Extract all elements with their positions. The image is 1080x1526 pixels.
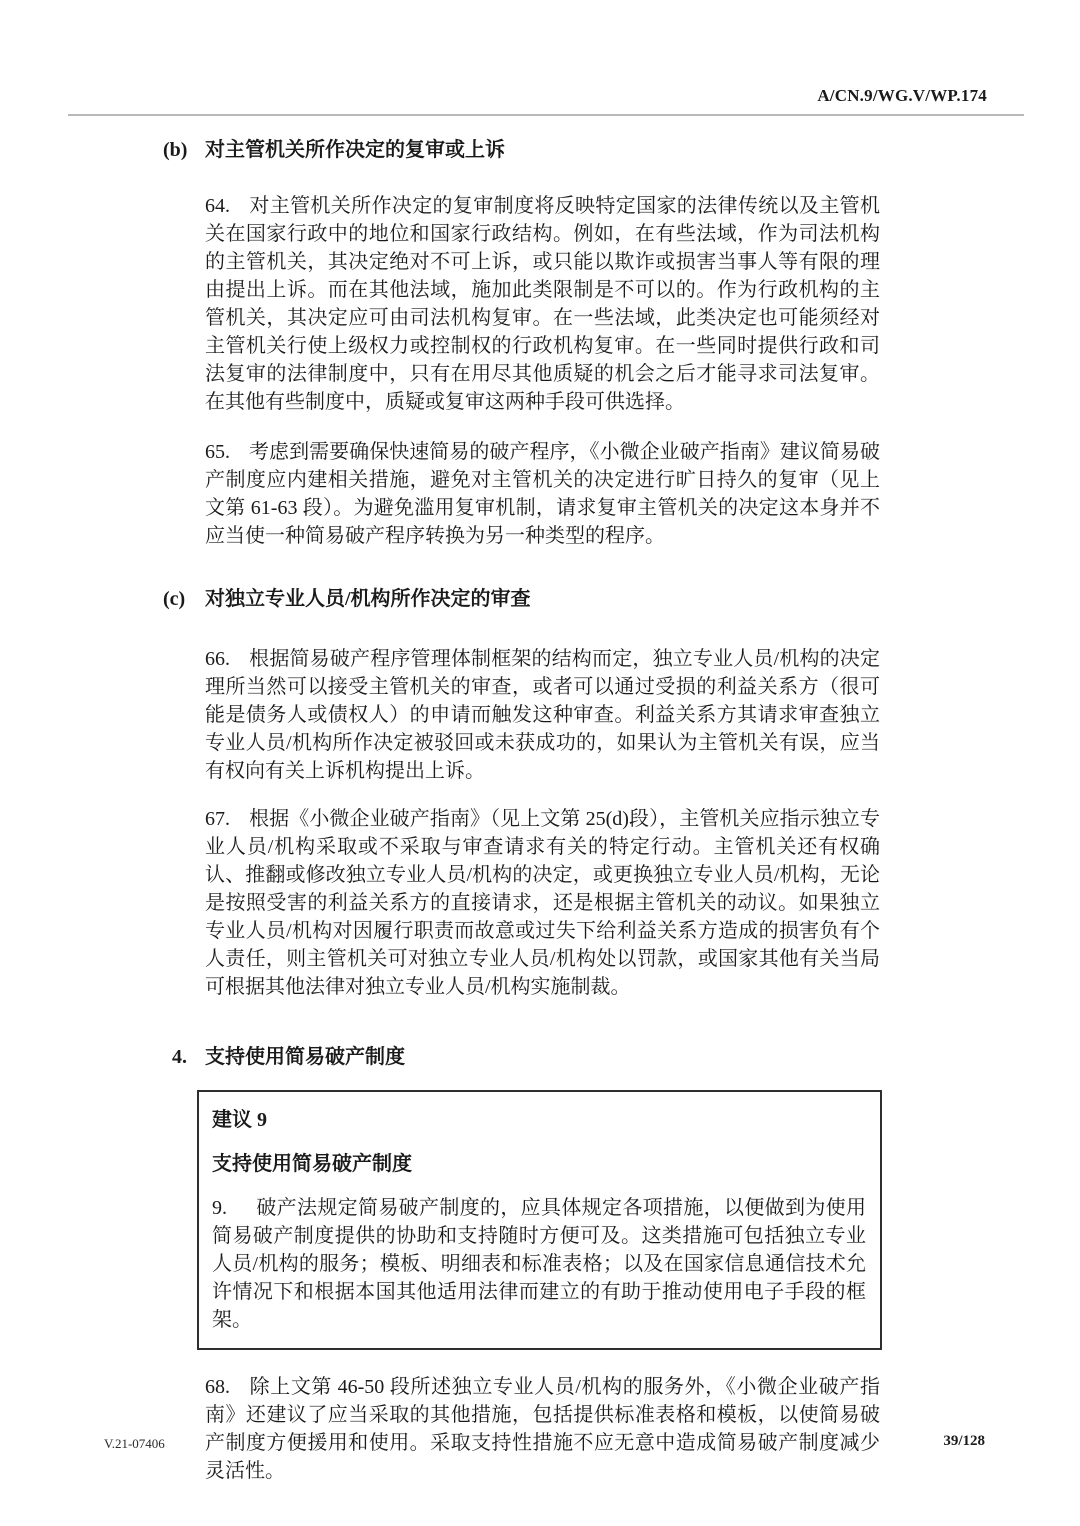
paragraph-65: 65.考虑到需要确保快速简易的破产程序，《小微企业破产指南》建议简易破产制度应内…	[205, 438, 880, 550]
footer-document-number: V.21-07406	[104, 1436, 165, 1452]
section-title: 支持使用简易破产制度	[205, 1046, 405, 1068]
paragraph-number: 65.	[205, 438, 249, 466]
paragraph-number: 64.	[205, 192, 249, 220]
section-title: 对独立专业人员/机构所作决定的审查	[205, 588, 531, 610]
footer-page-indicator: 39/128	[943, 1433, 985, 1450]
section-heading-4: 4.支持使用简易破产制度	[172, 1043, 1080, 1071]
section-label: 4.	[172, 1043, 205, 1071]
section-heading-c: (c)对独立专业人员/机构所作决定的审查	[163, 585, 1080, 613]
paragraph-number: 9.	[212, 1194, 256, 1222]
section-heading-b: (b)对主管机关所作决定的复审或上诉	[163, 136, 1080, 164]
paragraph-68: 68.除上文第 46-50 段所述独立专业人员/机构的服务外，《小微企业破产指南…	[205, 1373, 880, 1485]
section-label: (b)	[163, 136, 205, 164]
paragraph-number: 67.	[205, 805, 249, 833]
paragraph-text: 除上文第 46-50 段所述独立专业人员/机构的服务外，《小微企业破产指南》还建…	[205, 1376, 880, 1482]
recommendation-paragraph: 9.破产法规定简易破产制度的，应具体规定各项措施，以便做到为使用简易破产制度提供…	[212, 1194, 866, 1334]
paragraph-number: 68.	[205, 1373, 249, 1401]
recommendation-subheading: 支持使用简易破产制度	[212, 1150, 866, 1178]
paragraph-text: 考虑到需要确保快速简易的破产程序，《小微企业破产指南》建议简易破产制度应内建相关…	[205, 441, 880, 547]
section-title: 对主管机关所作决定的复审或上诉	[205, 139, 505, 161]
recommendation-box: 建议 9 支持使用简易破产制度 9.破产法规定简易破产制度的，应具体规定各项措施…	[197, 1090, 882, 1350]
paragraph-text: 破产法规定简易破产制度的，应具体规定各项措施，以便做到为使用简易破产制度提供的协…	[212, 1197, 866, 1331]
paragraph-66: 66.根据简易破产程序管理体制框架的结构而定，独立专业人员/机构的决定理所当然可…	[205, 645, 880, 785]
paragraph-text: 根据《小微企业破产指南》（见上文第 25(d)段），主管机关应指示独立专业人员/…	[205, 808, 880, 998]
recommendation-heading: 建议 9	[212, 1106, 866, 1134]
paragraph-text: 根据简易破产程序管理体制框架的结构而定，独立专业人员/机构的决定理所当然可以接受…	[205, 648, 880, 782]
document-page: A/CN.9/WG.V/WP.174 (b)对主管机关所作决定的复审或上诉 64…	[0, 0, 1080, 1526]
document-body: (b)对主管机关所作决定的复审或上诉 64.对主管机关所作决定的复审制度将反映特…	[0, 0, 1080, 1485]
paragraph-64: 64.对主管机关所作决定的复审制度将反映特定国家的法律传统以及主管机关在国家行政…	[205, 192, 880, 416]
section-label: (c)	[163, 585, 205, 613]
paragraph-67: 67.根据《小微企业破产指南》（见上文第 25(d)段），主管机关应指示独立专业…	[205, 805, 880, 1001]
paragraph-text: 对主管机关所作决定的复审制度将反映特定国家的法律传统以及主管机关在国家行政中的地…	[205, 195, 880, 413]
paragraph-number: 66.	[205, 645, 249, 673]
